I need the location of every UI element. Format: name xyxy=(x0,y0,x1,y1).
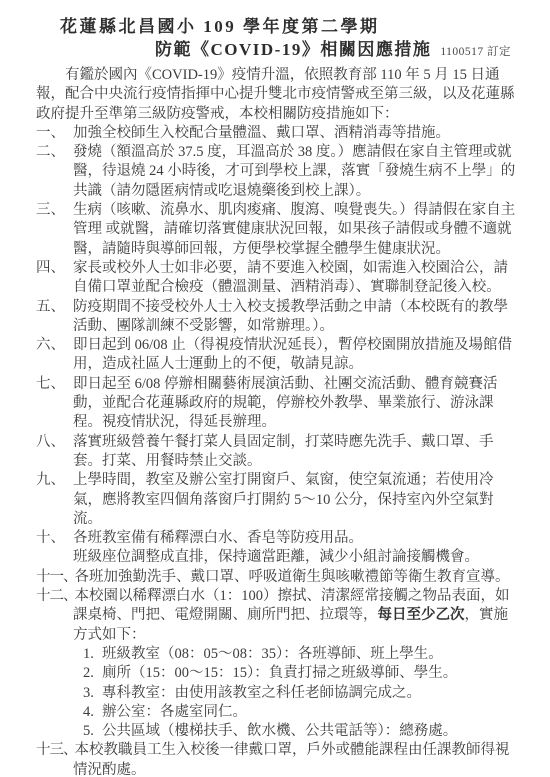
item-text: 生病（咳嗽、流鼻水、肌肉痠痛、腹瀉、嗅覺喪失。）得請假在家自主管理 或就醫，請確… xyxy=(73,202,515,257)
list-item-8: 八、落實班級營養午餐打菜人員固定制，打菜時應先洗手、戴口罩、手套。打菜、用餐時禁… xyxy=(36,433,520,472)
document-title-line2: 防範《COVID-19》相關因應措施 xyxy=(155,40,431,59)
item-text-emphasis: 每日至少乙次 xyxy=(378,607,465,623)
list-item-10: 十、各班教室備有稀釋漂白水、香皂等防疫用品。 班級座位調整成直排，保持適當距離，… xyxy=(36,529,520,568)
list-item-9: 九、上學時間，教室及辦公室打開窗戶、氣窗，使空氣流通；若使用冷氣，應將教室四個角… xyxy=(36,471,520,529)
revision-note: 1100517 訂定 xyxy=(440,46,511,58)
list-item-1: 一、加強全校師生入校配合量體溫、戴口罩、酒精消毒等措施。 xyxy=(36,124,520,143)
sub-list-item-2: 2.廁所（15：00～15：15）：負責打掃之班級導師、學生。 xyxy=(83,664,520,683)
item-number: 一、 xyxy=(36,124,73,143)
sub-item-number: 2. xyxy=(83,664,97,683)
item-text: 發燒（額溫高於 37.5 度，耳溫高於 38 度。）應請假在家自主管理或就醫，待… xyxy=(73,144,515,199)
item-number: 八、 xyxy=(36,433,73,452)
list-item-5: 五、防疫期間不接受校外人士入校支援教學活動之申請（本校既有的教學活動、團隊訓練不… xyxy=(36,298,520,337)
list-item-6: 六、即日起到 06/08 止（得視疫情狀況延長），暫停校園開放措施及場館借用，造… xyxy=(36,336,520,375)
sub-list-item-5: 5.公共區域（樓梯扶手、飲水機、公共電話等）：總務處。 xyxy=(83,722,520,741)
item-number: 十三、 xyxy=(36,741,77,760)
item-text: 即日起至 6/08 停辦相關藝術展演活動、社團交流活動、體育競賽活動，並配合花蓮… xyxy=(73,376,498,431)
document-title-line1: 花蓮縣北昌國小 109 學年度第二學期 xyxy=(60,15,520,38)
item-number: 五、 xyxy=(36,298,73,317)
document-title-row: 防範《COVID-19》相關因應措施1100517 訂定 xyxy=(155,38,520,64)
sub-item-text: 廁所（15：00～15：15）：負責打掃之班級導師、學生。 xyxy=(102,664,520,683)
list-item-12: 十二、本校園以稀釋漂白水（1：100）擦拭、清潔經常接觸之物品表面，如課桌椅、門… xyxy=(36,587,520,645)
intro-paragraph: 有鑑於國內《COVID-19》疫情升溫，依照教育部 110 年 5 月 15 日… xyxy=(36,66,520,124)
item-text: 加強全校師生入校配合量體溫、戴口罩、酒精消毒等措施。 xyxy=(73,125,450,141)
item-text: 家長或校外人士如非必要，請不要進入校園，如需進入校園洽公，請自備口罩並配合檢疫（… xyxy=(73,260,508,295)
sub-item-number: 1. xyxy=(83,645,97,664)
item-number: 七、 xyxy=(36,375,73,394)
document-page: 花蓮縣北昌國小 109 學年度第二學期 防範《COVID-19》相關因應措施11… xyxy=(0,0,550,777)
sub-list-item-1: 1.班級教室（08：05～08：35）：各班導師、班上學生。 xyxy=(83,645,520,664)
list-item-3: 三、生病（咳嗽、流鼻水、肌肉痠痛、腹瀉、嗅覺喪失。）得請假在家自主管理 或就醫，… xyxy=(36,201,520,259)
list-item-13: 十三、本校教職員工生入校後一律戴口罩，戶外或體能課程由任課教師得視情況酌處。 xyxy=(36,741,520,777)
item-number: 十一、 xyxy=(36,568,77,587)
sub-item-number: 3. xyxy=(83,684,97,703)
item-text: 上學時間，教室及辦公室打開窗戶、氣窗，使空氣流通；若使用冷氣，應將教室四個角落窗… xyxy=(73,472,494,527)
sub-item-text: 辦公室：各處室同仁。 xyxy=(102,703,520,722)
item-text: 即日起到 06/08 止（得視疫情狀況延長），暫停校園開放措施及場館借用，造成社… xyxy=(73,337,512,372)
list-item-2: 二、發燒（額溫高於 37.5 度，耳溫高於 38 度。）應請假在家自主管理或就醫… xyxy=(36,143,520,201)
list-item-11: 十一、各班加強勤洗手、戴口罩、呼吸道衛生與咳嗽禮節等衛生教育宣導。 xyxy=(36,568,520,587)
item-text: 落實班級營養午餐打菜人員固定制，打菜時應先洗手、戴口罩、手套。打菜、用餐時禁止交… xyxy=(73,434,494,469)
item-number: 三、 xyxy=(36,201,73,220)
sub-item-text: 班級教室（08：05～08：35）：各班導師、班上學生。 xyxy=(102,645,520,664)
item-text: 各班教室備有稀釋漂白水、香皂等防疫用品。 xyxy=(73,530,363,546)
item-number: 六、 xyxy=(36,336,73,355)
list-item-4: 四、家長或校外人士如非必要，請不要進入校園，如需進入校園洽公，請自備口罩並配合檢… xyxy=(36,259,520,298)
list-item-7: 七、即日起至 6/08 停辦相關藝術展演活動、社團交流活動、體育競賽活動，並配合… xyxy=(36,375,520,433)
cleaning-schedule-list: 1.班級教室（08：05～08：35）：各班導師、班上學生。 2.廁所（15：0… xyxy=(36,645,520,741)
item-number: 四、 xyxy=(36,259,73,278)
item-text-line2: 班級座位調整成直排，保持適當距離，減少小組討論接觸機會。 xyxy=(73,548,520,567)
sub-item-number: 5. xyxy=(83,722,97,741)
item-text: 各班加強勤洗手、戴口罩、呼吸道衛生與咳嗽禮節等衛生教育宣導。 xyxy=(75,569,510,585)
item-number: 九、 xyxy=(36,471,73,490)
sub-item-text: 公共區域（樓梯扶手、飲水機、公共電話等）：總務處。 xyxy=(102,722,520,741)
item-text: 本校教職員工生入校後一律戴口罩，戶外或體能課程由任課教師得視情況酌處。 xyxy=(73,742,510,777)
item-text: 防疫期間不接受校外人士入校支援教學活動之申請（本校既有的教學活動、團隊訓練不受影… xyxy=(73,299,508,334)
sub-item-text: 專科教室：由使用該教室之科任老師協調完成之。 xyxy=(102,684,520,703)
item-number: 十二、 xyxy=(36,587,77,606)
item-number: 十、 xyxy=(36,529,73,548)
sub-item-number: 4. xyxy=(83,703,97,722)
sub-list-item-3: 3.專科教室：由使用該教室之科任老師協調完成之。 xyxy=(83,684,520,703)
item-number: 二、 xyxy=(36,143,73,162)
sub-list-item-4: 4.辦公室：各處室同仁。 xyxy=(83,703,520,722)
